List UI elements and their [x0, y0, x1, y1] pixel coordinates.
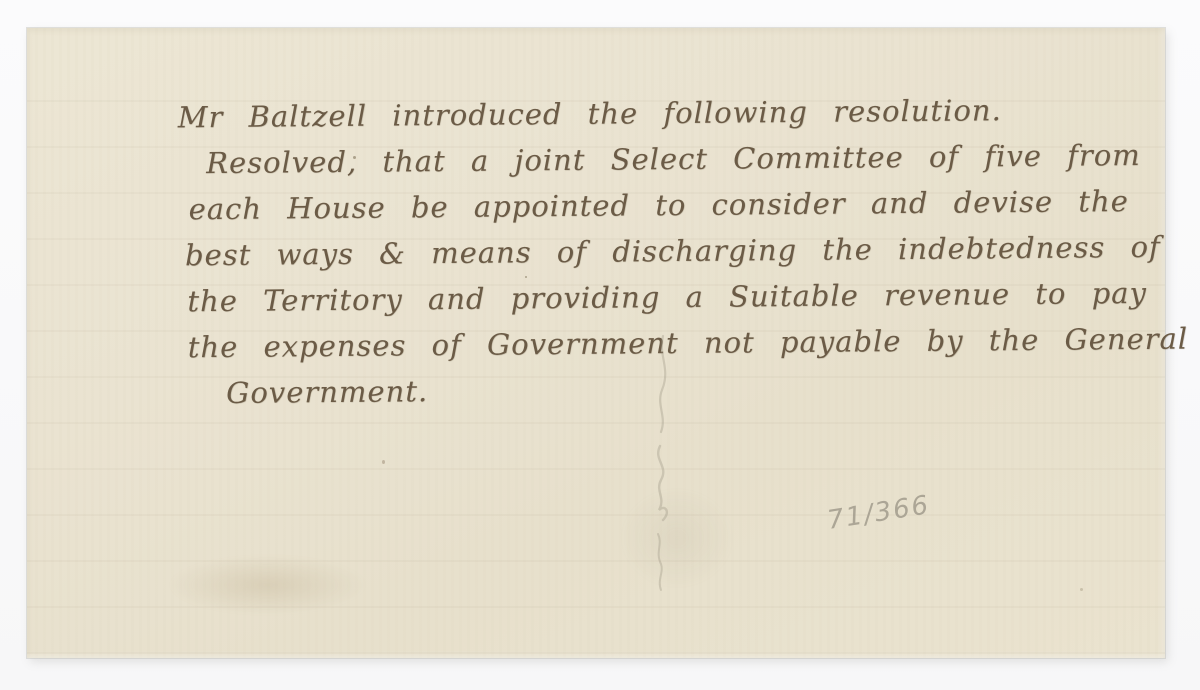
paper-specks [27, 28, 28, 29]
ink-bleedthrough-smudge [155, 540, 405, 630]
pencil-page-number: 71/366 [825, 490, 932, 536]
document-scan: Mr Baltzell introduced the following res… [0, 0, 1200, 690]
ink-bleedthrough-smudge [587, 458, 767, 618]
manuscript-paper: Mr Baltzell introduced the following res… [27, 28, 1165, 658]
